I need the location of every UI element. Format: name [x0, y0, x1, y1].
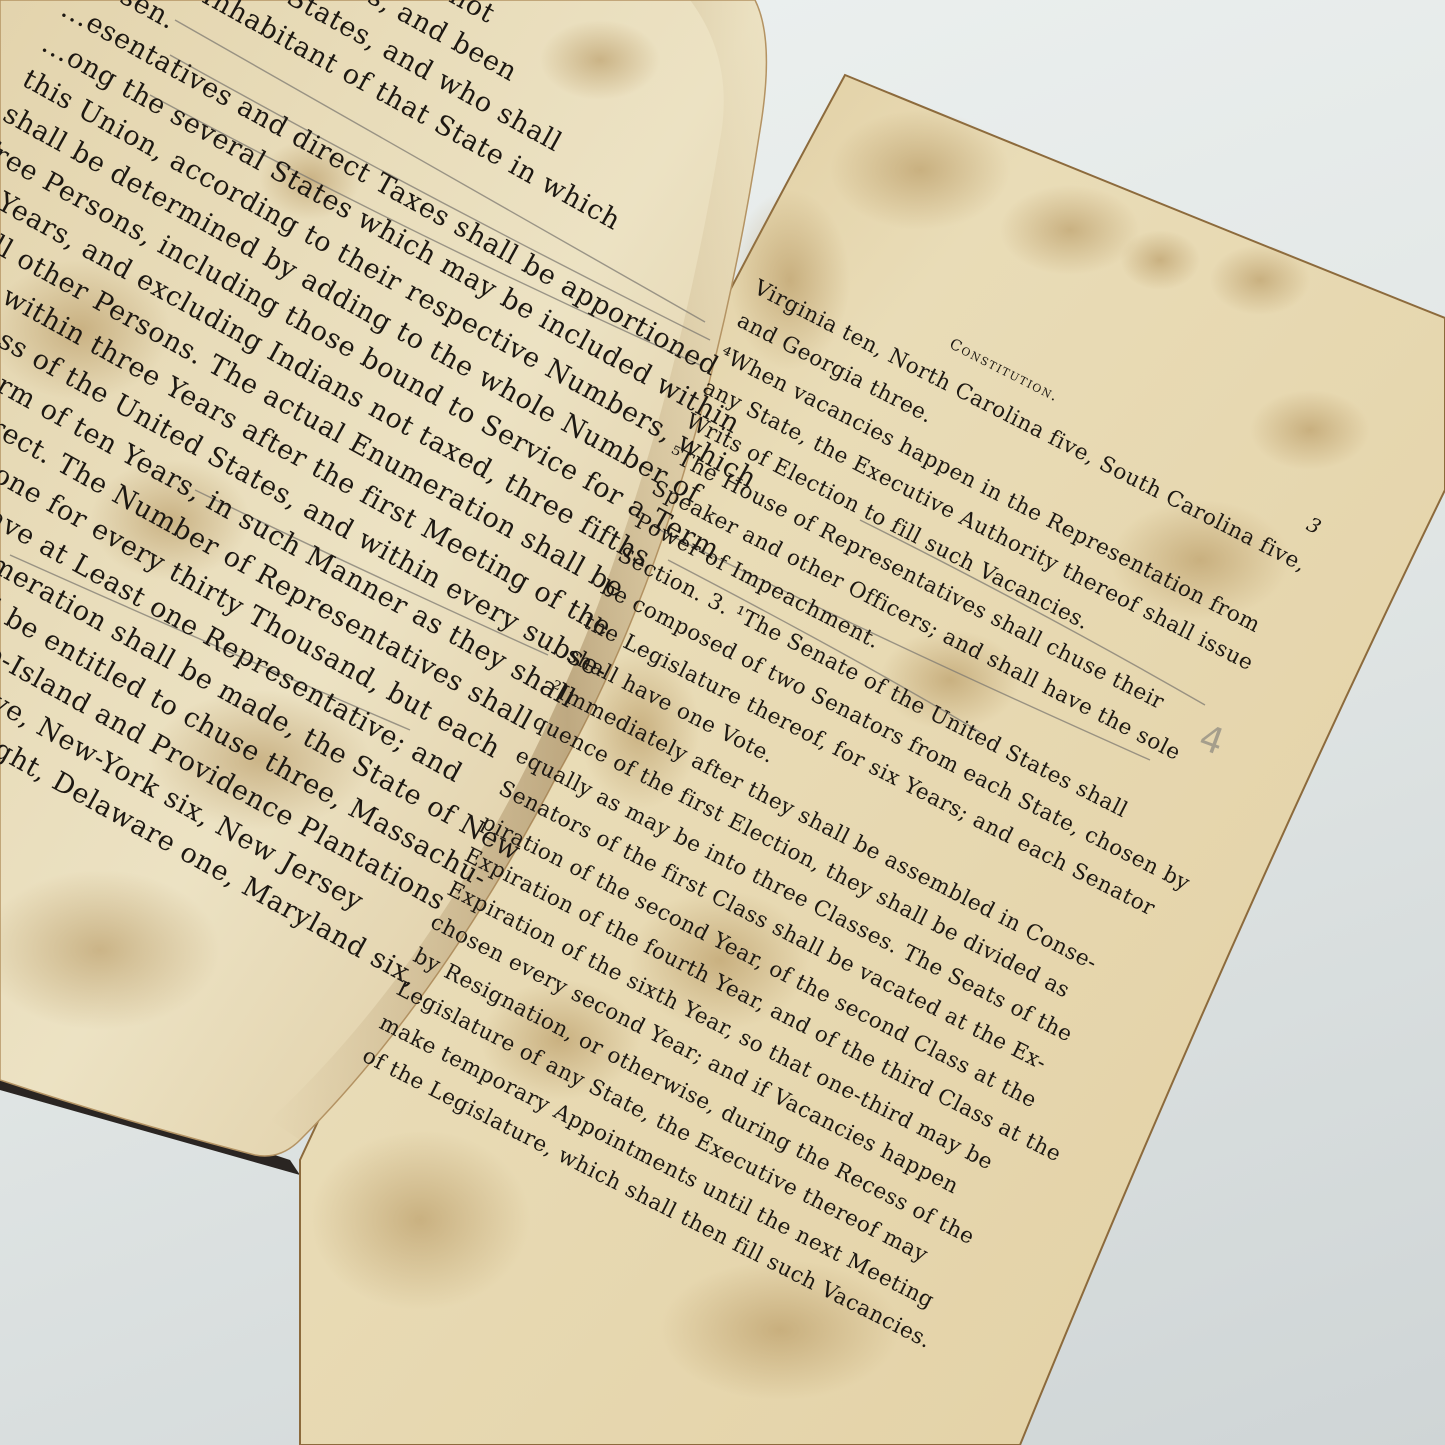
book-photo: ...esentative who shall not ...twenty fi… — [0, 0, 1445, 1445]
page-number: 3 — [1299, 507, 1328, 546]
